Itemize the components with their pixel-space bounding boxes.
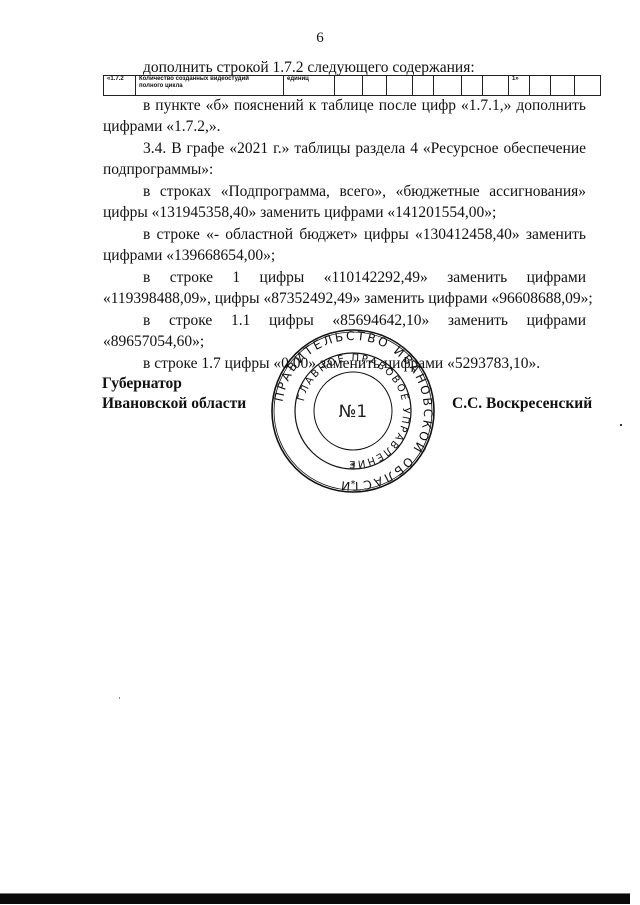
value-cell	[387, 76, 413, 96]
value-cell	[363, 76, 387, 96]
value-cell	[530, 76, 551, 96]
scan-bottom-edge	[0, 894, 630, 904]
text-line: в строках «Подпрограмма, всего», «бюджет…	[143, 182, 586, 202]
row-code: «1.7.2	[104, 76, 136, 96]
value-cell	[575, 76, 601, 96]
page-number: 6	[0, 30, 640, 47]
description-line-1: Количество созданных видеостудий	[139, 76, 249, 82]
value-cell	[462, 76, 483, 96]
signatory-name: С.С. Воскресенский	[452, 394, 592, 414]
text-line: в пункте «б» пояснений к таблице после ц…	[143, 96, 586, 116]
stamp-center-text: №1	[339, 402, 368, 422]
signatory-title: Губернатор Ивановской области	[102, 374, 246, 414]
text-line: цифрами «1.7.2,».	[103, 117, 221, 137]
text-line: «119398488,09», цифры «87352492,49» заме…	[103, 289, 593, 309]
value-cell	[434, 76, 462, 96]
scan-speck	[119, 697, 120, 699]
value-cell	[551, 76, 575, 96]
text-line: цифрами «139668654,00»;	[103, 246, 275, 266]
stamp-star-outer-icon: *	[351, 479, 356, 490]
stamp-star-inner-icon: *	[351, 461, 356, 472]
scan-speck	[620, 424, 622, 426]
value-cell	[335, 76, 363, 96]
value-cell: 1»	[509, 76, 530, 96]
text-line: в строке «- областной бюджет» цифры «130…	[143, 225, 586, 245]
description-line-2: полного цикла	[139, 83, 183, 89]
signatory-title-line-1: Губернатор	[102, 374, 246, 394]
stamp-seal-icon: ПРАВИТЕЛЬСТВО ИВАНОВСКОЙ ОБЛАСТИ ГЛАВНОЕ…	[262, 320, 444, 502]
official-stamp: ПРАВИТЕЛЬСТВО ИВАНОВСКОЙ ОБЛАСТИ ГЛАВНОЕ…	[262, 320, 444, 502]
text-line: подпрограммы»:	[103, 160, 213, 180]
inserted-table-row: «1.7.2 Количество созданных видеостудий …	[103, 75, 601, 96]
text-line: 3.4. В графе «2021 г.» таблицы раздела 4…	[143, 139, 586, 159]
text-line: «89657054,60»;	[103, 332, 204, 352]
signatory-title-line-2: Ивановской области	[102, 394, 246, 414]
row-description: Количество созданных видеостудий полного…	[136, 76, 284, 96]
value-cell	[483, 76, 509, 96]
value-cell	[413, 76, 434, 96]
row-unit: единиц	[284, 76, 335, 96]
text-line: в строке 1 цифры «110142292,49» заменить…	[143, 268, 586, 288]
table-row: «1.7.2 Количество созданных видеостудий …	[104, 76, 601, 96]
text-line: цифры «131945358,40» заменить цифрами «1…	[103, 203, 496, 223]
